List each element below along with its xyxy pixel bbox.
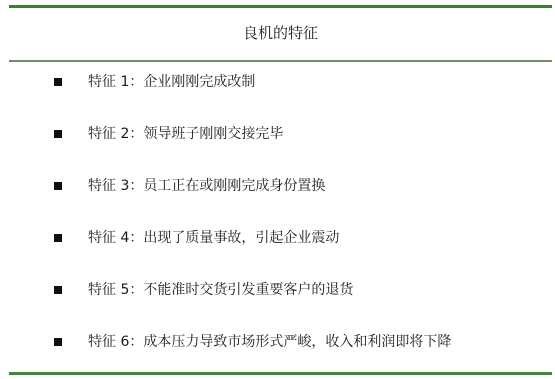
list-item: 特征 6：成本压力导致市场形式严峻，收入和利润即将下降 xyxy=(0,330,555,354)
list-item-label: 特征 5：不能准时交货引发重要客户的退货 xyxy=(88,278,353,302)
list-item: 特征 4：出现了质量事故，引起企业震动 xyxy=(0,226,555,250)
black-square-icon xyxy=(54,78,62,86)
list-item: 特征 5：不能准时交货引发重要客户的退货 xyxy=(0,278,555,302)
black-square-icon xyxy=(54,234,62,242)
black-square-icon xyxy=(54,286,62,294)
black-square-icon xyxy=(54,182,62,190)
bottom-border-rule xyxy=(9,372,552,375)
list-item: 特征 3：员工正在或刚刚完成身份置换 xyxy=(0,174,555,198)
list-item-label: 特征 6：成本压力导致市场形式严峻，收入和利润即将下降 xyxy=(88,330,451,354)
list-item-label: 特征 3：员工正在或刚刚完成身份置换 xyxy=(88,174,325,198)
black-square-icon xyxy=(54,130,62,138)
feature-list: 特征 1：企业刚刚完成改制 特征 2：领导班子刚刚交接完毕 特征 3：员工正在或… xyxy=(0,0,555,379)
black-square-icon xyxy=(54,338,62,346)
list-item: 特征 1：企业刚刚完成改制 xyxy=(0,70,555,94)
list-item-label: 特征 2：领导班子刚刚交接完毕 xyxy=(88,122,283,146)
list-item: 特征 2：领导班子刚刚交接完毕 xyxy=(0,122,555,146)
list-item-label: 特征 4：出现了质量事故，引起企业震动 xyxy=(88,226,339,250)
list-item-label: 特征 1：企业刚刚完成改制 xyxy=(88,70,255,94)
